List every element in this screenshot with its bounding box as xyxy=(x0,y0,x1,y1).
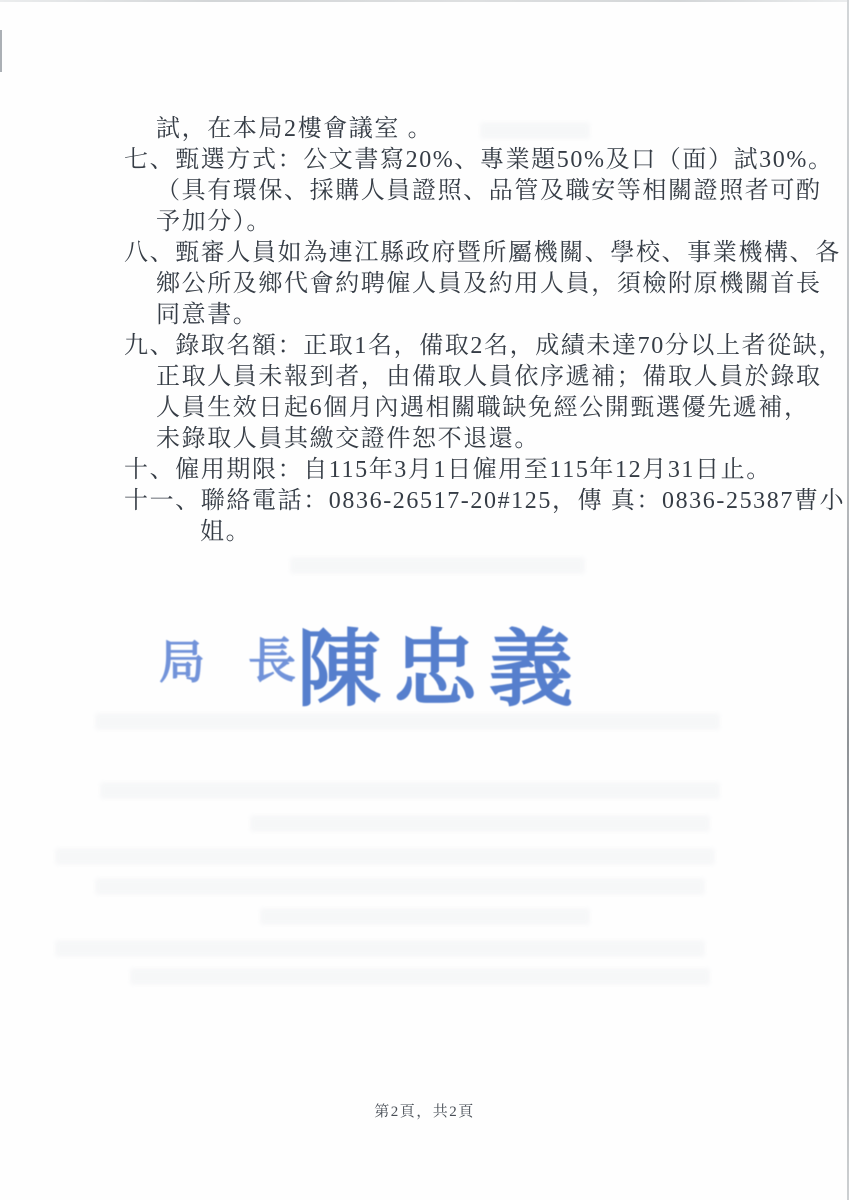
text-line: 未錄取人員其繳交證件恕不退還。 xyxy=(156,424,845,455)
signer-title-char: 長 xyxy=(248,622,296,691)
bleedthrough-row xyxy=(55,848,715,865)
bleedthrough-row xyxy=(290,557,585,574)
text-line: 姐。 xyxy=(200,517,845,548)
text-line: 正取人員未報到者，由備取人員依序遞補；備取人員於錄取 xyxy=(156,362,845,393)
bleedthrough-row xyxy=(260,908,590,925)
text-line: 九、錄取名額：正取1名，備取2名，成績未達70分以上者從缺， xyxy=(124,331,845,362)
text-line: 十、僱用期限：自115年3月1日僱用至115年12月31日止。 xyxy=(124,455,845,486)
text-line: 予加分）。 xyxy=(156,207,845,238)
bleedthrough-row xyxy=(250,815,710,832)
scan-edge-top xyxy=(0,0,849,2)
text-line: 人員生效日起6個月內遇相關職缺免經公開甄選優先遞補， xyxy=(156,393,845,424)
text-line: 七、甄選方式：公文書寫20%、專業題50%及口（面）試30%。 xyxy=(124,145,845,176)
signer-title-char: 局 xyxy=(159,626,205,692)
text-line: （具有環保、採購人員證照、品管及職安等相關證照者可酌 xyxy=(156,176,845,207)
text-line: 鄉公所及鄉代會約聘僱人員及約用人員，須檢附原機關首長 xyxy=(156,269,845,300)
bleedthrough-row xyxy=(55,940,705,957)
text-line: 十一、聯絡電話：0836-26517-20#125，傳 真：0836-25387… xyxy=(124,486,845,517)
bleedthrough-row xyxy=(130,968,710,985)
bleedthrough-row xyxy=(95,878,705,895)
bleedthrough-row xyxy=(100,782,720,799)
scanned-document-page: 試，在本局2樓會議室 。七、甄選方式：公文書寫20%、專業題50%及口（面）試3… xyxy=(0,0,849,1200)
signer-name-stamp: 陳忠義 xyxy=(297,602,585,723)
document-body: 試，在本局2樓會議室 。七、甄選方式：公文書寫20%、專業題50%及口（面）試3… xyxy=(0,114,845,548)
text-line: 八、甄審人員如為連江縣政府暨所屬機關、學校、事業機構、各 xyxy=(124,238,845,269)
scan-edge-nick xyxy=(0,30,2,72)
text-line: 同意書。 xyxy=(156,300,845,331)
text-line: 試，在本局2樓會議室 。 xyxy=(156,114,845,145)
page-number-footer: 第2頁，共2頁 xyxy=(0,1100,849,1121)
